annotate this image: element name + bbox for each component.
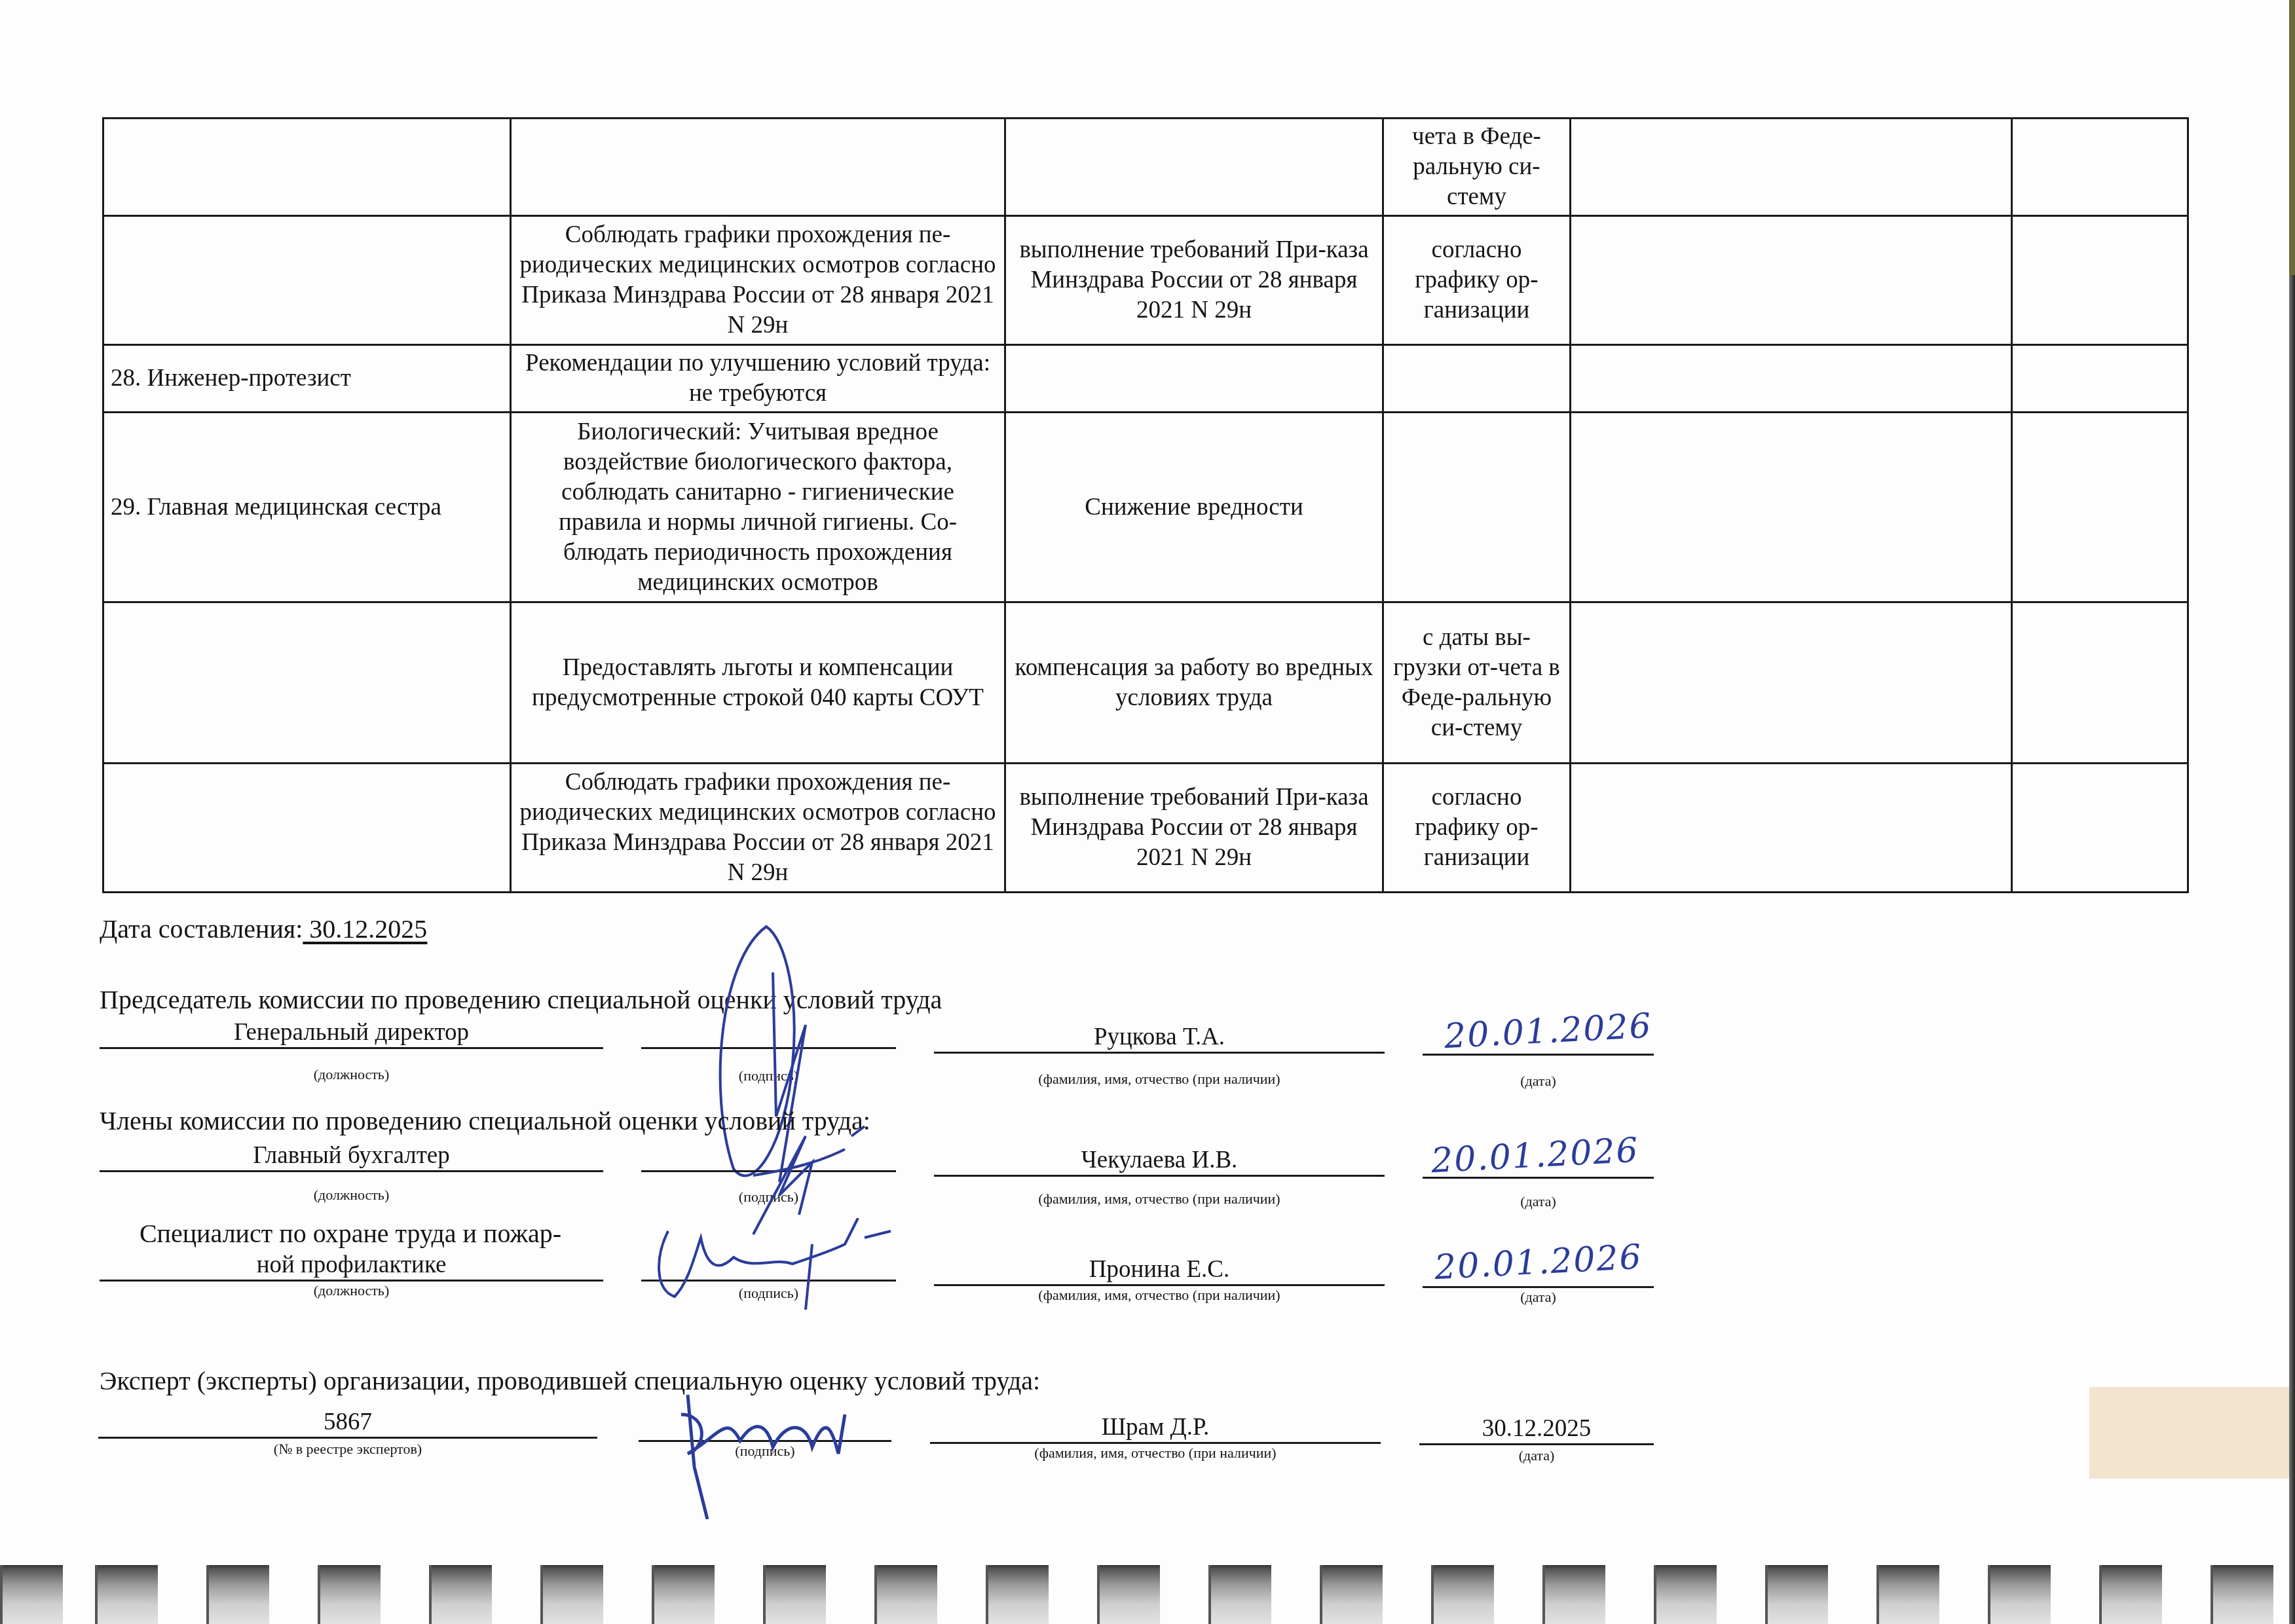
note-cell — [2012, 345, 2188, 413]
expert-date: 30.12.2025 — [1419, 1414, 1654, 1445]
compiled-date-label: Дата составления: — [100, 914, 303, 944]
binding-slot — [1208, 1565, 1271, 1624]
binding-strip — [0, 1565, 2289, 1624]
deadline-cell — [1383, 413, 1571, 602]
member2-position-line1: Специалист по охране труда и пожар- — [111, 1218, 589, 1249]
position-cell — [103, 602, 511, 764]
table-row: 29. Главная медицинская сестра Биологиче… — [103, 413, 2188, 602]
binding-slot — [429, 1565, 492, 1624]
position-cell: 29. Главная медицинская сестра — [103, 413, 511, 602]
scan-page-edge-top — [2289, 0, 2295, 275]
caption-fio: (фамилия, имя, отчество (при наличии) — [934, 1287, 1385, 1304]
executor-cell — [1571, 345, 2012, 413]
goal-cell: Снижение вредности — [1005, 413, 1383, 602]
expert-name: Шрам Д.Р. — [930, 1413, 1381, 1444]
position-cell: 28. Инженер-протезист — [103, 345, 511, 413]
executor-cell — [1571, 413, 2012, 602]
table-row: Предоставлять льготы и компенсации преду… — [103, 602, 2188, 764]
goal-cell — [1005, 345, 1383, 413]
position-cell — [103, 764, 511, 893]
measure-cell: Рекомендации по улучшению условий труда:… — [511, 345, 1005, 413]
measures-table: чета в Феде-ральную си-стему Соблюдать г… — [102, 117, 2189, 893]
executor-cell — [1571, 764, 2012, 893]
member2-name: Пронина Е.С. — [934, 1255, 1385, 1286]
measure-cell: Соблюдать графики прохождения пе-риодиче… — [511, 764, 1005, 893]
position-cell — [103, 119, 511, 216]
compiled-date-line: Дата составления: 30.12.2025 — [100, 913, 427, 945]
table-row: Соблюдать графики прохождения пе-риодиче… — [103, 216, 2188, 345]
member2-signature-icon — [648, 1218, 910, 1310]
binding-slot — [763, 1565, 826, 1624]
caption-fio: (фамилия, имя, отчество (при наличии) — [934, 1071, 1385, 1088]
chairman-name: Руцкова Т.А. — [934, 1023, 1385, 1054]
caption-position: (должность) — [100, 1066, 603, 1083]
binding-slot — [986, 1565, 1049, 1624]
member1-position: Главный бухгалтер — [100, 1141, 603, 1172]
expert-signature-icon — [668, 1388, 865, 1519]
binding-slot — [874, 1565, 937, 1624]
expert-registry-no: 5867 — [98, 1408, 597, 1439]
note-cell — [2012, 119, 2188, 216]
member2-position: ной профилактике — [100, 1251, 603, 1282]
binding-slot — [652, 1565, 715, 1624]
caption-date: (дата) — [1423, 1193, 1654, 1210]
measure-cell: Соблюдать графики прохождения пе-риодиче… — [511, 216, 1005, 345]
binding-slot — [1320, 1565, 1383, 1624]
caption-position: (должность) — [100, 1187, 603, 1204]
note-cell — [2012, 764, 2188, 893]
deadline-cell: согласно графику ор-ганизации — [1383, 764, 1571, 893]
deadline-cell: чета в Феде-ральную си-стему — [1383, 119, 1571, 216]
table-row: 28. Инженер-протезист Рекомендации по ул… — [103, 345, 2188, 413]
binding-slot — [206, 1565, 269, 1624]
binding-slot — [1876, 1565, 1939, 1624]
goal-cell: выполнение требований При-каза Минздрава… — [1005, 764, 1383, 893]
binding-slot — [1765, 1565, 1828, 1624]
measure-cell — [511, 119, 1005, 216]
caption-position: (должность) — [100, 1282, 603, 1299]
binding-slot — [0, 1565, 63, 1624]
caption-registry: (№ в реестре экспертов) — [98, 1441, 597, 1458]
chairman-position: Генеральный директор — [100, 1018, 603, 1049]
goal-cell: компенсация за работу во вредных условия… — [1005, 602, 1383, 764]
note-cell — [2012, 602, 2188, 764]
binding-slot — [95, 1565, 158, 1624]
caption-date: (дата) — [1419, 1447, 1654, 1464]
deadline-cell: согласно графику ор-ганизации — [1383, 216, 1571, 345]
binding-slot — [1542, 1565, 1605, 1624]
measure-cell: Биологический: Учитывая вредное воздейст… — [511, 413, 1005, 602]
compiled-date-value: 30.12.2025 — [303, 914, 427, 944]
binding-slot — [1988, 1565, 2051, 1624]
binding-slot — [2099, 1565, 2162, 1624]
note-cell — [2012, 413, 2188, 602]
binding-slot — [1654, 1565, 1717, 1624]
binding-slot — [318, 1565, 381, 1624]
caption-fio: (фамилия, имя, отчество (при наличии) — [934, 1190, 1385, 1208]
binding-slot — [540, 1565, 603, 1624]
binding-slot — [1097, 1565, 1160, 1624]
measure-cell: Предоставлять льготы и компенсации преду… — [511, 602, 1005, 764]
caption-date: (дата) — [1423, 1073, 1654, 1090]
position-cell — [103, 216, 511, 345]
caption-fio: (фамилия, имя, отчество (при наличии) — [930, 1445, 1381, 1462]
expert-heading: Эксперт (эксперты) организации, проводив… — [100, 1365, 1040, 1397]
deadline-cell: с даты вы-грузки от-чета в Феде-ральную … — [1383, 602, 1571, 764]
executor-cell — [1571, 119, 2012, 216]
goal-cell: выполнение требований При-каза Минздрава… — [1005, 216, 1383, 345]
deadline-cell — [1383, 345, 1571, 413]
executor-cell — [1571, 216, 2012, 345]
table-row: Соблюдать графики прохождения пе-риодиче… — [103, 764, 2188, 893]
table-row: чета в Феде-ральную си-стему — [103, 119, 2188, 216]
executor-cell — [1571, 602, 2012, 764]
scan-color-patch — [2089, 1387, 2289, 1479]
note-cell — [2012, 216, 2188, 345]
binding-slot — [1431, 1565, 1494, 1624]
member1-name: Чекулаева И.В. — [934, 1146, 1385, 1177]
binding-slot — [2211, 1565, 2273, 1624]
caption-date: (дата) — [1423, 1289, 1654, 1306]
goal-cell — [1005, 119, 1383, 216]
